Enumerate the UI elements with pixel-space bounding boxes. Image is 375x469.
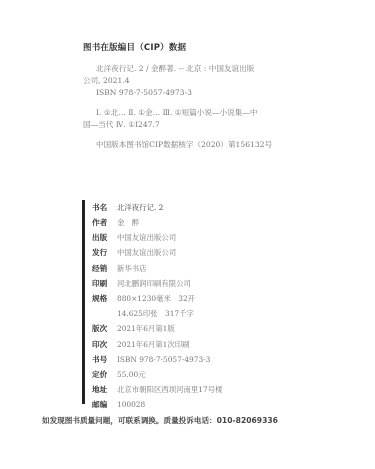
colophon-value: 金 醉 [117,217,139,228]
colophon-row-edition: 版次 2021年6月第1版 [92,321,175,335]
colophon-row-publisher: 出版 中国友谊出版公司 [92,230,176,244]
colophon-row-printing: 印次 2021年6月第1次印刷 [92,337,190,351]
colophon-row-price: 定价 55.00元 [92,367,146,381]
cip-isbn: ISBN 978-7-5057-4973-3 [96,87,192,99]
colophon-row-title: 书名 北洋夜行记. 2 [92,200,163,214]
colophon-label: 书名 [92,202,117,213]
colophon-row-author: 作者 金 醉 [92,215,139,229]
colophon-label: 地址 [92,384,117,395]
colophon-row-isbn: 书号 ISBN 978-7-5057-4973-3 [92,352,210,366]
colophon-label: 印刷 [92,278,117,289]
colophon-row-format: 规格 880×1230毫米 32开 [92,291,195,305]
colophon-label: 出版 [92,232,117,243]
colophon-label: 书号 [92,354,117,365]
colophon-value: 55.00元 [117,369,146,380]
colophon-value: 14.625印张 317千字 [117,308,194,319]
colophon-value: 北洋夜行记. 2 [117,202,163,213]
cip-title: 图书在版编目（CIP）数据 [83,41,186,53]
cip-line-1: 北洋夜行记. 2 / 金醉著. -- 北京 : 中国友谊出版 [96,63,254,75]
colophon-row-format-2: 14.625印张 317千字 [92,306,194,320]
colophon-value: 河北鹏润印刷有限公司 [117,278,191,289]
cip-line-2: 公司, 2021.4 [83,75,130,87]
colophon-row-printer: 印刷 河北鹏润印刷有限公司 [92,276,191,290]
colophon-row-postcode: 邮编 100028 [92,397,145,411]
colophon-value: 2021年6月第1版 [117,323,175,334]
colophon-value: 2021年6月第1次印刷 [117,339,190,350]
colophon-value: 880×1230毫米 32开 [117,293,195,304]
colophon-value: 中国友谊出版公司 [117,232,176,243]
colophon-label: 定价 [92,369,117,380]
colophon-row-distributor: 发行 中国友谊出版公司 [92,245,176,259]
colophon-label: 规格 [92,293,117,304]
colophon-value: 北京市朝阳区西坝河南里17号楼 [117,384,222,395]
cip-classification-2: 国—当代 Ⅳ. ①I247.7 [83,119,160,131]
colophon-label: 作者 [92,217,117,228]
colophon-row-address: 地址 北京市朝阳区西坝河南里17号楼 [92,382,222,396]
colophon-label: 印次 [92,339,117,350]
colophon-value: ISBN 978-7-5057-4973-3 [117,355,210,364]
cip-classification-1: Ⅰ. ①北… Ⅱ. ①金… Ⅲ. ①短篇小说—小说集—中 [96,107,258,119]
colophon-row-seller: 经销 新华书店 [92,261,147,275]
colophon-value: 中国友谊出版公司 [117,247,176,258]
colophon-label: 发行 [92,247,117,258]
colophon-label: 版次 [92,323,117,334]
colophon-value: 新华书店 [117,263,147,274]
colophon-label: 经销 [92,263,117,274]
colophon-vertical-bar [82,200,85,404]
colophon-label: 邮编 [92,399,117,410]
cip-record-number: 中国版本图书馆CIP数据核字（2020）第156132号 [96,139,272,151]
colophon-value: 100028 [117,400,145,409]
quality-notice: 如发现图书质量问题，可联系调换。质量投诉电话：010-82069336 [42,415,278,426]
